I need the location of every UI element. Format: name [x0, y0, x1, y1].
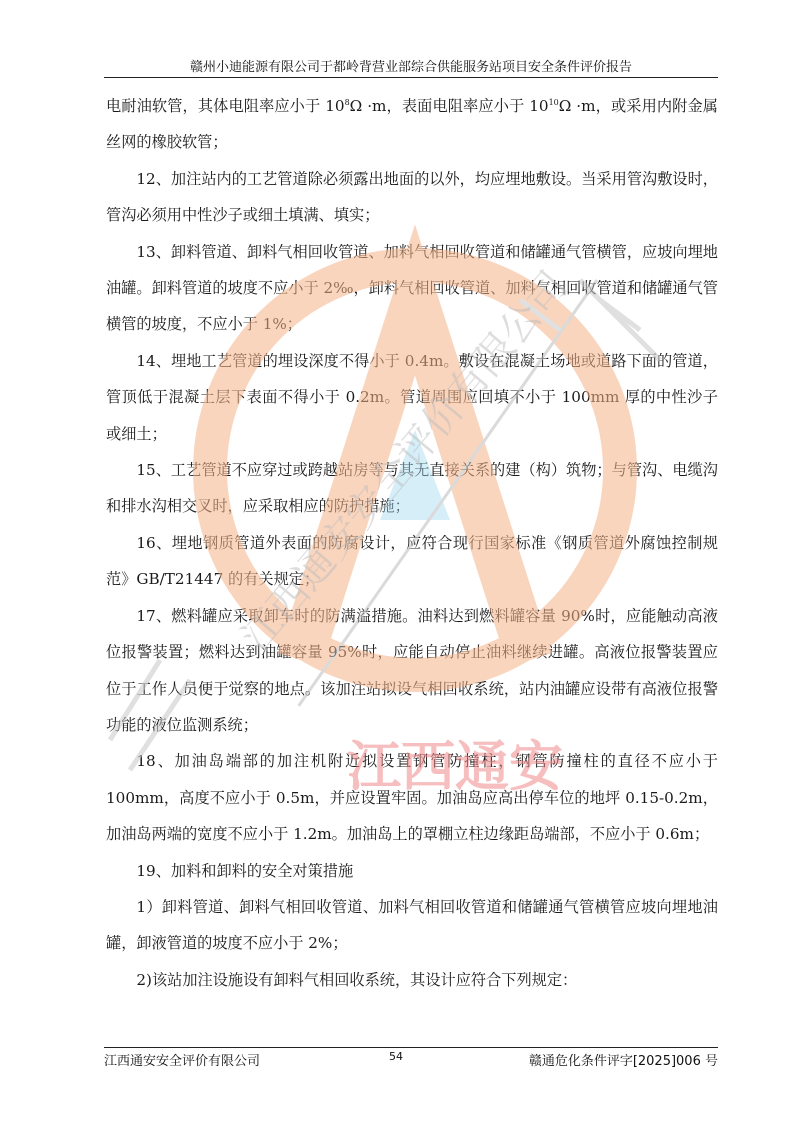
- paragraph-item-17: 17、燃料罐应采取卸车时的防满溢措施。油料达到燃料罐容量 90%时，应能触动高液…: [106, 598, 718, 744]
- document-body: 电耐油软管，其体电阻率应小于 108Ω ·m，表面电阻率应小于 1010Ω ·m…: [106, 88, 718, 998]
- text-segment: 电耐油软管，其体电阻率应小于 10: [106, 97, 345, 115]
- report-title-header: 赣州小迪能源有限公司于都岭背营业部综合供能服务站项目安全条件评价报告: [104, 56, 718, 75]
- paragraph-item-14: 14、埋地工艺管道的埋设深度不得小于 0.4m。敷设在混凝土场地或道路下面的管道…: [106, 343, 718, 452]
- paragraph-subitem-1: 1）卸料管道、卸料气相回收管道、加料气相回收管道和储罐通气管横管应坡向埋地油罐，…: [106, 889, 718, 962]
- paragraph-subitem-2: 2)该站加注设施设有卸料气相回收系统，其设计应符合下列规定：: [106, 962, 718, 998]
- text-segment: Ω ·m，表面电阻率应小于 10: [350, 97, 549, 115]
- page-number: 54: [389, 1050, 403, 1063]
- footer-company-name: 江西通安安全评价有限公司: [104, 1050, 260, 1069]
- footer-divider: [104, 1047, 718, 1048]
- paragraph-item-13: 13、卸料管道、卸料气相回收管道、加料气相回收管道和储罐通气管横管，应坡向埋地油…: [106, 234, 718, 343]
- paragraph-item-16: 16、埋地钢质管道外表面的防腐设计，应符合现行国家标准《钢质管道外腐蚀控制规范》…: [106, 525, 718, 598]
- superscript-exponent: 10: [549, 98, 559, 107]
- paragraph-item-19-heading: 19、加料和卸料的安全对策措施: [106, 853, 718, 889]
- paragraph-continued: 电耐油软管，其体电阻率应小于 108Ω ·m，表面电阻率应小于 1010Ω ·m…: [106, 88, 718, 161]
- paragraph-item-12: 12、加注站内的工艺管道除必须露出地面的以外，均应埋地敷设。当采用管沟敷设时，管…: [106, 161, 718, 234]
- header-divider: [104, 77, 718, 78]
- paragraph-item-15: 15、工艺管道不应穿过或跨越站房等与其无直接关系的建（构）筑物；与管沟、电缆沟和…: [106, 452, 718, 525]
- document-number: 赣通危化条件评字[2025]006 号: [529, 1050, 718, 1069]
- paragraph-item-18: 18、加油岛端部的加注机附近拟设置钢管防撞柱，钢管防撞柱的直径不应小于 100m…: [106, 743, 718, 852]
